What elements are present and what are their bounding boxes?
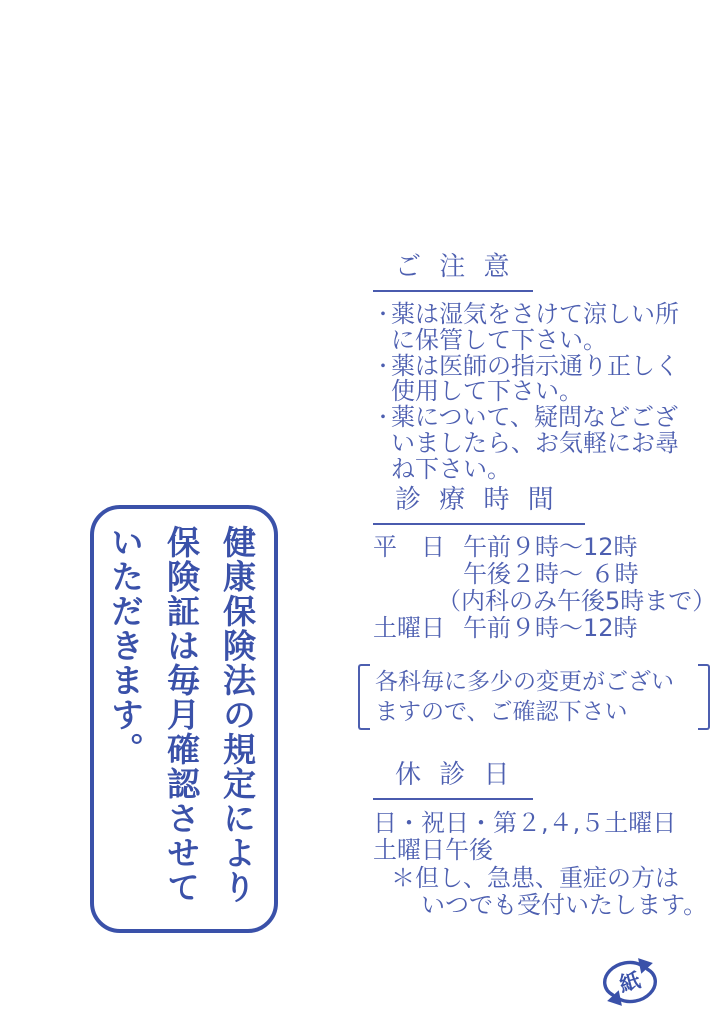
closed-days-line: いつでも受付いたします。	[373, 892, 718, 920]
notice-line: ・薬は医師の指示通り正しく	[373, 354, 718, 380]
hours-day	[373, 561, 463, 588]
section-closed-days: 休 診 日 日・祝日・第２,４,５土曜日 土曜日午後 ＊但し、急患、重症の方は …	[373, 758, 718, 920]
notice-line: いましたら、お気軽にお尋	[373, 431, 718, 457]
recycle-kanji: 紙	[616, 968, 643, 997]
notice-line: ・薬について、疑問などござ	[373, 405, 718, 431]
hours-row: 午後２時〜 ６時	[373, 561, 718, 588]
hours-row: 平 日 午前９時〜12時	[373, 534, 718, 561]
notice-line-text: いましたら、お気軽にお尋	[391, 429, 679, 457]
paper-recycle-icon: 紙	[601, 955, 659, 1009]
notice-line-text: 薬は医師の指示通り正しく	[391, 352, 679, 380]
closed-days-list: 日・祝日・第２,４,５土曜日 土曜日午後 ＊但し、急患、重症の方は いつでも受付…	[373, 810, 718, 920]
hours-row-note: （内科のみ午後5時まで）	[373, 588, 718, 615]
bullet-icon: ・	[373, 354, 391, 380]
section-notice: ご 注 意 ・薬は湿気をさけて涼しい所 に保管して下さい。 ・薬は医師の指示通り…	[373, 250, 718, 483]
closed-days-title: 休 診 日	[373, 758, 533, 800]
closed-days-line: ＊但し、急患、重症の方は	[373, 865, 718, 893]
insurance-notice-line: 保険証は毎月確認させて	[153, 525, 209, 913]
hours-change-note-line: ますので、ご確認下さい	[375, 697, 692, 727]
hours-day: 平 日	[373, 534, 463, 561]
bullet-icon: ・	[373, 405, 391, 431]
notice-line: ・薬は湿気をさけて涼しい所	[373, 302, 718, 328]
notice-line-text: 使用して下さい。	[391, 377, 583, 405]
hours-row: 土曜日 午前９時〜12時	[373, 615, 718, 642]
closed-days-line: 日・祝日・第２,４,５土曜日	[373, 810, 718, 838]
hours-time: 午後２時〜 ６時	[463, 561, 639, 588]
insurance-notice-line: 健康保険法の規定により	[209, 525, 265, 913]
notice-line: に保管して下さい。	[373, 328, 718, 354]
hours-time: 午前９時〜12時	[463, 534, 638, 561]
notice-line: 使用して下さい。	[373, 379, 718, 405]
hours-list: 平 日 午前９時〜12時 午後２時〜 ６時 （内科のみ午後5時まで） 土曜日 午…	[373, 534, 718, 642]
notice-line-text: 薬は湿気をさけて涼しい所	[391, 300, 679, 328]
notice-title: ご 注 意	[373, 250, 533, 292]
notice-line-text: 薬について、疑問などござ	[391, 403, 678, 431]
insurance-notice-line: いただきます。	[97, 525, 153, 913]
notice-list: ・薬は湿気をさけて涼しい所 に保管して下さい。 ・薬は医師の指示通り正しく 使用…	[373, 302, 718, 483]
bullet-icon: ・	[373, 302, 391, 328]
hours-title: 診 療 時 間	[373, 483, 585, 525]
notice-line-text: ね下さい。	[391, 455, 511, 483]
insurance-notice-box: 健康保険法の規定により 保険証は毎月確認させて いただきます。	[90, 505, 278, 933]
hours-change-note-line: 各科毎に多少の変更がござい	[375, 667, 692, 697]
hours-day: 土曜日	[373, 615, 463, 642]
section-hours: 診 療 時 間 平 日 午前９時〜12時 午後２時〜 ６時 （内科のみ午後5時ま…	[373, 483, 718, 730]
hours-change-note: 各科毎に多少の変更がござい ますので、ご確認下さい	[358, 664, 710, 730]
notice-line-text: に保管して下さい。	[391, 326, 607, 354]
hours-time: （内科のみ午後5時まで）	[437, 588, 716, 615]
notice-line: ね下さい。	[373, 457, 718, 483]
closed-days-line: 土曜日午後	[373, 837, 718, 865]
document-page: 健康保険法の規定により 保険証は毎月確認させて いただきます。 ご 注 意 ・薬…	[0, 0, 722, 1024]
hours-time: 午前９時〜12時	[463, 615, 638, 642]
main-content: ご 注 意 ・薬は湿気をさけて涼しい所 に保管して下さい。 ・薬は医師の指示通り…	[373, 250, 718, 920]
